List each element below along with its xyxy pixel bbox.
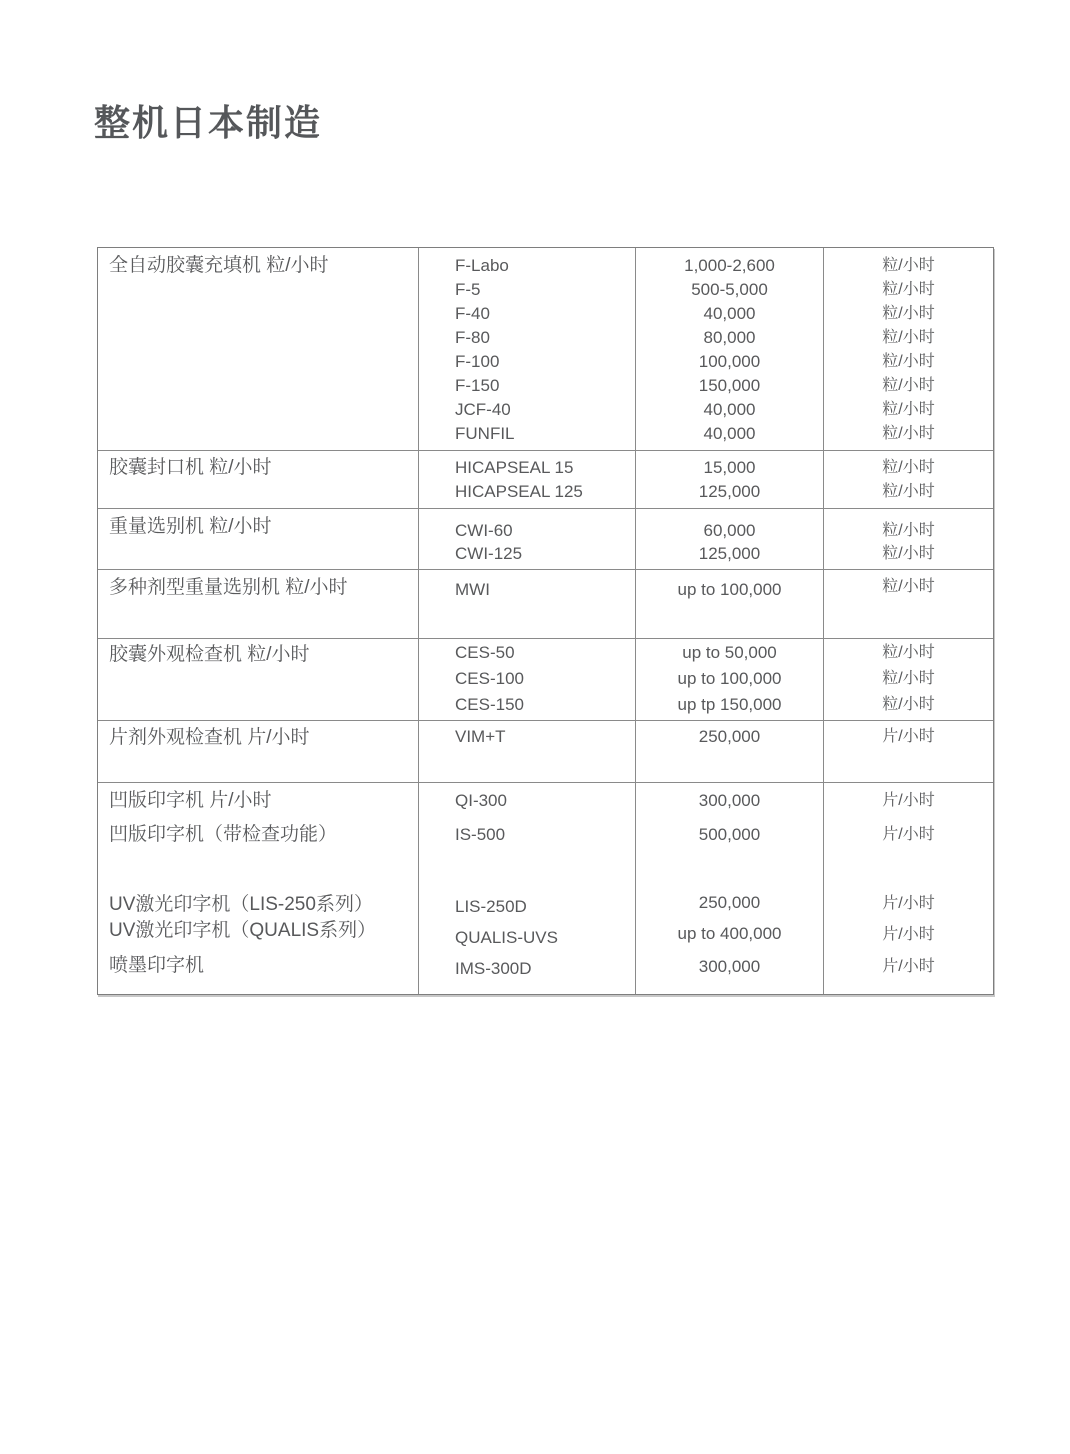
table-row: 多种剂型重量选别机 粒/小时MWIup to 100,000粒/小时 (98, 570, 993, 639)
model-name: HICAPSEAL 15 (419, 456, 635, 480)
models-cell: CES-50CES-100CES-150 (419, 639, 636, 720)
capacity-value: 100,000 (636, 350, 823, 374)
unit-label: 片/小时 (824, 789, 993, 813)
unit-label: 片/小时 (824, 892, 993, 916)
model-name: F-100 (419, 350, 635, 374)
unit-label: 粒/小时 (824, 575, 993, 599)
category-label: 喷墨印字机 (98, 954, 418, 978)
category-label: UV激光印字机（QUALIS系列） (98, 919, 418, 943)
capacity-value: 125,000 (636, 542, 823, 566)
model-name: QUALIS-UVS (419, 926, 635, 950)
unit-label: 粒/小时 (824, 641, 993, 665)
models-cell: F-LaboF-5F-40F-80F-100F-150JCF-40FUNFIL (419, 248, 636, 450)
units-cell: 粒/小时 (824, 570, 993, 638)
unit-label: 片/小时 (824, 955, 993, 979)
unit-label: 粒/小时 (824, 456, 993, 480)
capacity-value: 250,000 (636, 725, 823, 749)
model-name: CES-150 (419, 693, 635, 717)
category-label: 凹版印字机（带检查功能） (98, 823, 418, 847)
model-name: VIM+T (419, 725, 635, 749)
model-name: CES-100 (419, 667, 635, 691)
capacity-value: 125,000 (636, 480, 823, 504)
category-label: 凹版印字机 片/小时 (98, 789, 418, 813)
category-cell: 胶囊外观检查机 粒/小时 (98, 639, 419, 720)
values-cell: 1,000-2,600500-5,00040,00080,000100,0001… (636, 248, 824, 450)
capacity-value: up to 400,000 (636, 922, 823, 946)
page-title: 整机日本制造 (94, 95, 322, 146)
unit-label: 粒/小时 (824, 374, 993, 398)
capacity-value: up tp 150,000 (636, 693, 823, 717)
values-cell: 300,000500,000250,000up to 400,000300,00… (636, 783, 824, 994)
capacity-value: up to 100,000 (636, 578, 823, 602)
models-cell: HICAPSEAL 15HICAPSEAL 125 (419, 451, 636, 508)
model-name: F-80 (419, 326, 635, 350)
unit-label: 粒/小时 (824, 667, 993, 691)
machine-spec-table: 全自动胶囊充填机 粒/小时F-LaboF-5F-40F-80F-100F-150… (97, 247, 994, 995)
units-cell: 粒/小时粒/小时粒/小时粒/小时粒/小时粒/小时粒/小时粒/小时 (824, 248, 993, 450)
model-name: F-5 (419, 278, 635, 302)
capacity-value: 60,000 (636, 519, 823, 543)
category-label: 全自动胶囊充填机 粒/小时 (98, 254, 418, 278)
unit-label: 粒/小时 (824, 398, 993, 422)
capacity-value: 300,000 (636, 789, 823, 813)
model-name: JCF-40 (419, 398, 635, 422)
models-cell: VIM+T (419, 721, 636, 782)
category-cell: 全自动胶囊充填机 粒/小时 (98, 248, 419, 450)
category-cell: 多种剂型重量选别机 粒/小时 (98, 570, 419, 638)
capacity-value: 40,000 (636, 422, 823, 446)
capacity-value: 150,000 (636, 374, 823, 398)
model-name: CWI-60 (419, 519, 635, 543)
models-cell: CWI-60CWI-125 (419, 509, 636, 569)
unit-label: 片/小时 (824, 923, 993, 947)
category-label: UV激光印字机（LIS-250系列） (98, 893, 418, 917)
unit-label: 粒/小时 (824, 350, 993, 374)
table-row: 胶囊外观检查机 粒/小时CES-50CES-100CES-150up to 50… (98, 639, 993, 721)
unit-label: 片/小时 (824, 823, 993, 847)
unit-label: 粒/小时 (824, 302, 993, 326)
table-row: 全自动胶囊充填机 粒/小时F-LaboF-5F-40F-80F-100F-150… (98, 248, 993, 451)
model-name: LIS-250D (419, 895, 635, 919)
category-cell: 凹版印字机 片/小时凹版印字机（带检查功能）UV激光印字机（LIS-250系列）… (98, 783, 419, 994)
units-cell: 粒/小时粒/小时 (824, 451, 993, 508)
category-label: 重量选别机 粒/小时 (98, 515, 418, 539)
category-label: 胶囊封口机 粒/小时 (98, 456, 418, 480)
category-label: 多种剂型重量选别机 粒/小时 (98, 576, 418, 600)
unit-label: 粒/小时 (824, 278, 993, 302)
capacity-value: 40,000 (636, 302, 823, 326)
capacity-value: 80,000 (636, 326, 823, 350)
capacity-value: 250,000 (636, 891, 823, 915)
units-cell: 粒/小时粒/小时粒/小时 (824, 639, 993, 720)
model-name: IS-500 (419, 823, 635, 847)
category-cell: 胶囊封口机 粒/小时 (98, 451, 419, 508)
values-cell: 250,000 (636, 721, 824, 782)
values-cell: up to 50,000up to 100,000up tp 150,000 (636, 639, 824, 720)
model-name: F-150 (419, 374, 635, 398)
units-cell: 片/小时 (824, 721, 993, 782)
capacity-value: 500,000 (636, 823, 823, 847)
model-name: QI-300 (419, 789, 635, 813)
units-cell: 片/小时片/小时片/小时片/小时片/小时 (824, 783, 993, 994)
capacity-value: 40,000 (636, 398, 823, 422)
model-name: HICAPSEAL 125 (419, 480, 635, 504)
table-row: 片剂外观检查机 片/小时VIM+T250,000片/小时 (98, 721, 993, 783)
capacity-value: up to 50,000 (636, 641, 823, 665)
unit-label: 粒/小时 (824, 693, 993, 717)
model-name: CWI-125 (419, 542, 635, 566)
capacity-value: 1,000-2,600 (636, 254, 823, 278)
unit-label: 粒/小时 (824, 254, 993, 278)
table-row: 凹版印字机 片/小时凹版印字机（带检查功能）UV激光印字机（LIS-250系列）… (98, 783, 993, 994)
unit-label: 粒/小时 (824, 519, 993, 543)
category-cell: 片剂外观检查机 片/小时 (98, 721, 419, 782)
unit-label: 粒/小时 (824, 480, 993, 504)
units-cell: 粒/小时粒/小时 (824, 509, 993, 569)
table-row: 重量选别机 粒/小时CWI-60CWI-12560,000125,000粒/小时… (98, 509, 993, 570)
model-name: FUNFIL (419, 422, 635, 446)
category-cell: 重量选别机 粒/小时 (98, 509, 419, 569)
values-cell: up to 100,000 (636, 570, 824, 638)
values-cell: 60,000125,000 (636, 509, 824, 569)
capacity-value: 300,000 (636, 955, 823, 979)
capacity-value: up to 100,000 (636, 667, 823, 691)
models-cell: QI-300IS-500LIS-250DQUALIS-UVSIMS-300D (419, 783, 636, 994)
unit-label: 粒/小时 (824, 422, 993, 446)
unit-label: 粒/小时 (824, 326, 993, 350)
unit-label: 粒/小时 (824, 542, 993, 566)
category-label: 胶囊外观检查机 粒/小时 (98, 643, 418, 667)
models-cell: MWI (419, 570, 636, 638)
model-name: CES-50 (419, 641, 635, 665)
model-name: F-Labo (419, 254, 635, 278)
category-label: 片剂外观检查机 片/小时 (98, 726, 418, 750)
model-name: IMS-300D (419, 957, 635, 981)
model-name: MWI (419, 578, 635, 602)
capacity-value: 500-5,000 (636, 278, 823, 302)
values-cell: 15,000125,000 (636, 451, 824, 508)
unit-label: 片/小时 (824, 725, 993, 749)
capacity-value: 15,000 (636, 456, 823, 480)
table-row: 胶囊封口机 粒/小时HICAPSEAL 15HICAPSEAL 12515,00… (98, 451, 993, 509)
model-name: F-40 (419, 302, 635, 326)
